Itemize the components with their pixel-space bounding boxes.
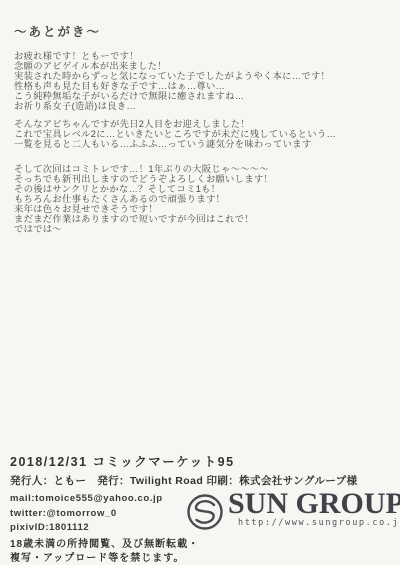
sun-group-logo: SUN GROUP http://www.sungroup.co.jp/ bbox=[185, 488, 400, 532]
afterword-page: ～あとがき～ お疲れ様です！ともーです！ 念願のアビゲイル本が出来ました！ 実装… bbox=[0, 0, 400, 565]
afterword-line: その後はサンクリとかかな…？そしてコミ1も！ bbox=[14, 184, 392, 194]
afterword-line: 性格も声も見た目も好きな子です…はぁ…尊い… bbox=[14, 81, 392, 91]
afterword-line: 実装された時からずっと気になっていた子でしたがようやく本に…です！ bbox=[14, 71, 392, 81]
afterword-line: ではでは～ bbox=[14, 224, 392, 234]
afterword-heading: ～あとがき～ bbox=[14, 22, 392, 40]
publisher-line: 発行人：ともー 発行：Twilight Road 印刷：株式会社サングループ様 bbox=[10, 473, 400, 488]
sun-group-text-column: SUN GROUP http://www.sungroup.co.jp/ bbox=[228, 488, 400, 528]
afterword-line: お祈り系女子(造語)は良き… bbox=[14, 101, 392, 111]
warning-block: 18歳未満の所持閲覧、及び無断転載・ 複写・アップロード等を禁じます。 bbox=[10, 538, 400, 565]
afterword-line: そっちでも新刊出しますのでどうぞよろしくお願いします！ bbox=[14, 174, 392, 184]
event-date-line: 2018/12/31 コミックマーケット95 bbox=[10, 452, 400, 470]
sun-group-name: SUN GROUP bbox=[228, 488, 400, 520]
afterword-line: 念願のアビゲイル本が出来ました！ bbox=[14, 61, 392, 71]
afterword-line: まだまだ作業はありますので短いですが今回はこれで！ bbox=[14, 214, 392, 224]
afterword-paragraph-3: そして次回はコミトレです…！1年ぶりの大阪じゃ～～～～ そっちでも新刊出しますの… bbox=[14, 164, 392, 235]
afterword-paragraph-2: そんなアビちゃんですが先日2人目をお迎えしました！ これで宝具レベル2に…といき… bbox=[14, 119, 392, 149]
sun-group-ring-s-icon bbox=[185, 492, 225, 532]
afterword-line: こう純粋無垢な子がいるだけで無限に癒されますね… bbox=[14, 91, 392, 101]
afterword-line: そして次回はコミトレです…！1年ぶりの大阪じゃ～～～～ bbox=[14, 164, 392, 174]
afterword-line: もちろんお仕事もたくさんあるので頑張ります！ bbox=[14, 194, 392, 204]
afterword-line: 来年は色々お見せできそうです！ bbox=[14, 204, 392, 214]
afterword-section: ～あとがき～ お疲れ様です！ともーです！ 念願のアビゲイル本が出来ました！ 実装… bbox=[14, 22, 392, 235]
afterword-paragraph-1: お疲れ様です！ともーです！ 念願のアビゲイル本が出来ました！ 実装された時からず… bbox=[14, 51, 392, 112]
afterword-line: これで宝具レベル2に…といきたいところですが未だに残しているという… bbox=[14, 129, 392, 139]
afterword-line: お疲れ様です！ともーです！ bbox=[14, 51, 392, 61]
afterword-line: 一覧を見ると二人もいる…ふふふ…っていう謎気分を味わっています bbox=[14, 139, 392, 149]
warning-line-2: 複写・アップロード等を禁じます。 bbox=[10, 552, 400, 565]
sun-group-url: http://www.sungroup.co.jp/ bbox=[238, 518, 400, 528]
warning-line-1: 18歳未満の所持閲覧、及び無断転載・ bbox=[10, 538, 400, 552]
afterword-line: そんなアビちゃんですが先日2人目をお迎えしました！ bbox=[14, 119, 392, 129]
